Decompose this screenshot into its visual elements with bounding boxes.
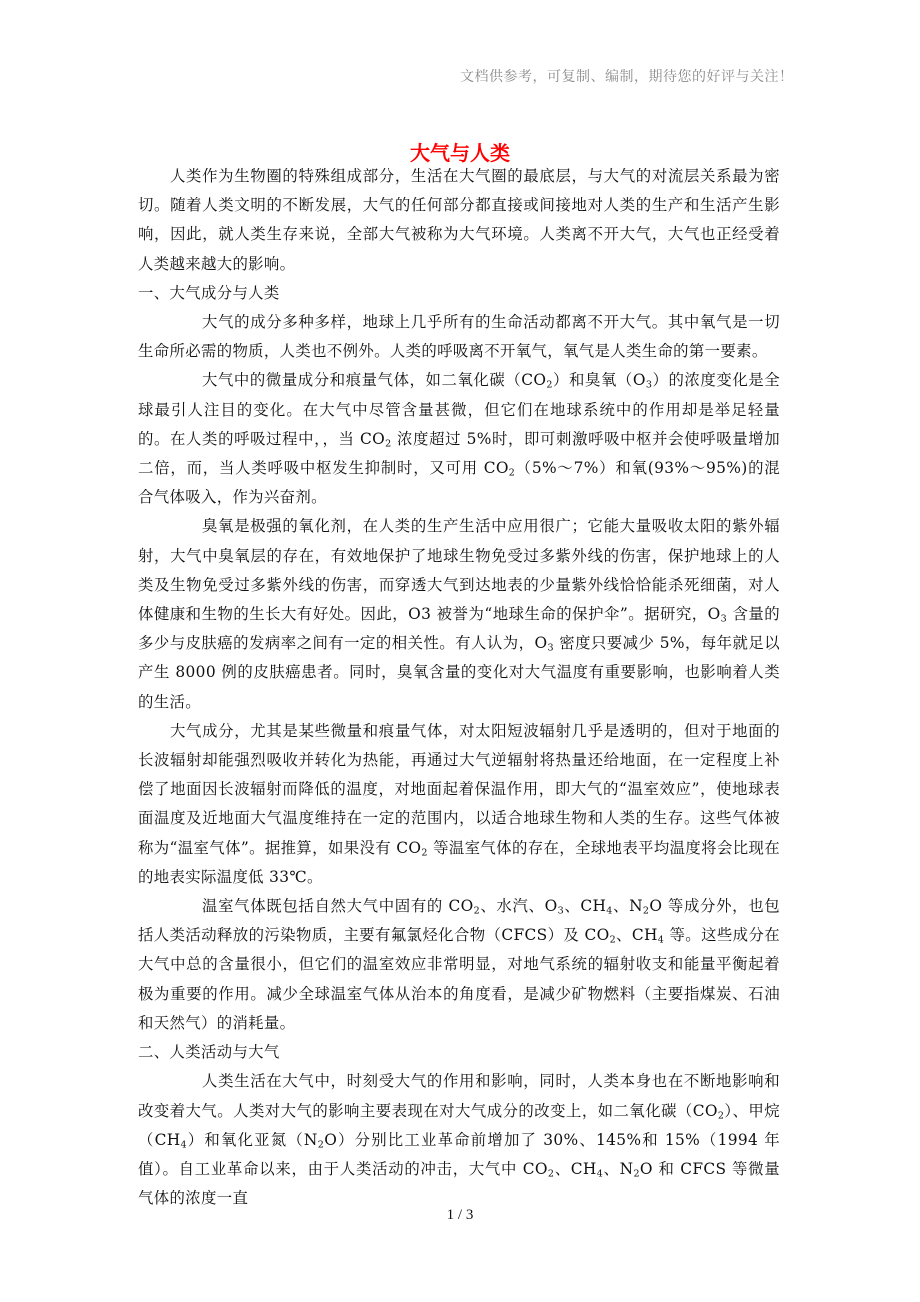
section-1-paragraph-2: 大气中的微量成分和痕量气体，如二氧化碳（CO2）和臭氧（O3）的浓度变化是全球最… <box>138 366 780 512</box>
intro-paragraph: 人类作为生物圈的特殊组成部分，生活在大气圈的最底层，与大气的对流层关系最为密切。… <box>138 162 780 279</box>
page-indicator: 1 / 3 <box>0 1207 920 1224</box>
section-1-paragraph-5: 温室气体既包括自然大气中固有的 CO2、水汽、O3、CH4、N2O 等成分外，也… <box>138 892 780 1038</box>
document-body: 人类作为生物圈的特殊组成部分，生活在大气圈的最底层，与大气的对流层关系最为密切。… <box>138 162 780 1213</box>
section-heading-2: 二、人类活动与大气 <box>138 1038 780 1067</box>
section-2-paragraph-1: 人类生活在大气中，时刻受大气的作用和影响，同时，人类本身也在不断地影响和改变着大… <box>138 1067 780 1213</box>
section-1-paragraph-4: 大气成分，尤其是某些微量和痕量气体，对太阳短波辐射几乎是透明的，但对于地面的长波… <box>138 717 780 892</box>
page-header-note: 文档供参考，可复制、编制，期待您的好评与关注！ <box>460 66 780 86</box>
section-1-paragraph-3: 臭氧是极强的氧化剂，在人类的生产生活中应用很广；它能大量吸收太阳的紫外辐射，大气… <box>138 512 780 716</box>
section-1-paragraph-1: 大气的成分多种多样，地球上几乎所有的生命活动都离不开大气。其中氧气是一切生命所必… <box>138 308 780 366</box>
section-heading-1: 一、大气成分与人类 <box>138 279 780 308</box>
